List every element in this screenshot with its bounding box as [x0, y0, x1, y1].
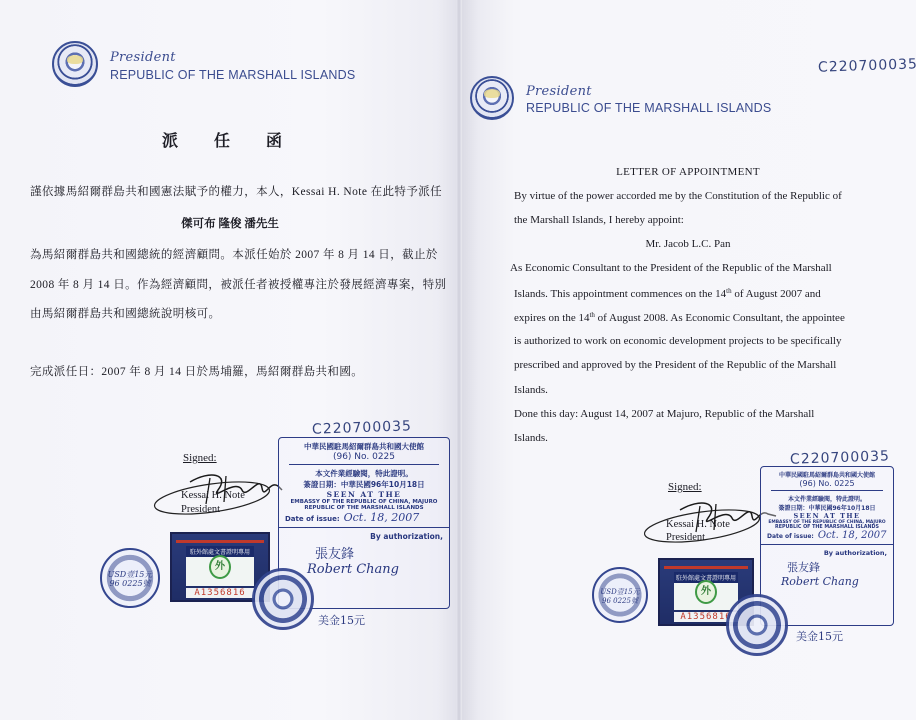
letterhead-left: President REPUBLIC OF THE MARSHALL ISLAN… [110, 50, 355, 82]
sticker-body: 駐外館處文書證明專用 外 [186, 546, 254, 586]
signatory-name-left: Kessai H. Note [181, 490, 245, 501]
fee-round-stamp-right: USD壹15元96 0225號 [592, 567, 648, 623]
english-body-6: Islands. [514, 384, 548, 396]
letterhead-right: President REPUBLIC OF THE MARSHALL ISLAN… [526, 84, 771, 115]
sticker-emblem-icon: 外 [209, 555, 231, 579]
chinese-letter-page [0, 0, 460, 720]
english-body-1: As Economic Consultant to the President … [510, 262, 832, 274]
english-intro-2: the Marshall Islands, I hereby appoint: [514, 214, 684, 226]
stamp-issue-zh-right: 簽證日期：中華民國96年10月18日 [761, 503, 893, 512]
letterhead-president: President [110, 50, 355, 65]
stamp-by-authorization-right: By authorization, [761, 549, 893, 557]
body-2-a: Islands. This appointment commences on t… [514, 288, 726, 300]
stamp-seen-at-right: SEEN AT THE [761, 512, 893, 520]
stamp-date-value: Oct. 18, 2007 [344, 511, 420, 524]
embassy-round-seal-right [726, 594, 788, 656]
fee-stamp-line1-right: USD壹15元 [600, 588, 639, 596]
stamp-issue-zh: 簽證日期：中華民國96年10月18日 [279, 479, 449, 490]
chinese-line-3: 2008 年 8 月 14 日。作為經濟顧問，被派任者被授權專注於發展經濟專案，… [30, 276, 446, 292]
english-intro-1: By virtue of the power accorded me by th… [514, 190, 842, 202]
stamp-signer-en: Robert Chang [279, 562, 449, 577]
body-3-b: of August 2008. As Economic Consultant, … [595, 312, 845, 324]
fee-note-left: 美金15元 [318, 612, 365, 628]
letterhead-republic: REPUBLIC OF THE MARSHALL ISLANDS [110, 68, 355, 82]
signatory-title-left: President [181, 504, 220, 515]
stamp-signer-zh: 張友鋒 [279, 543, 449, 562]
stamp-verified-zh-right: 本文件業經驗閱，特此證明。 [761, 494, 893, 503]
sticker-band-right [664, 566, 748, 569]
fee-round-stamp-left: USD壹15元96 0225號 [100, 548, 160, 608]
chinese-line-4: 由馬紹爾群島共和國總統說明核可。 [30, 305, 220, 321]
chinese-title: 派 任 函 [0, 128, 460, 151]
chinese-appointee: 傑可布 隆俊 潘先生 [0, 215, 460, 231]
english-body-3: expires on the 14th of August 2008. As E… [514, 311, 845, 324]
fee-note-right: 美金15元 [796, 628, 843, 644]
stamp-number: (96) No. 0225 [289, 452, 439, 465]
stamp-header-zh-right: 中華民國駐馬紹爾群島共和國大使館 [761, 470, 893, 479]
sticker-code: A1356816 [186, 588, 254, 598]
stamp-date: Date of issue:Oct. 18, 2007 [279, 511, 449, 528]
chinese-line-1: 謹依據馬紹爾群島共和國憲法賦予的權力，本人，Kessai H. Note 在此特… [30, 183, 442, 199]
english-title: LETTER OF APPOINTMENT [460, 166, 916, 178]
stamp-number-right: (96) No. 0225 [771, 479, 883, 491]
stamp-header-zh: 中華民國駐馬紹爾群島共和國大使館 [279, 441, 449, 452]
sticker-body-right: 駐外館處文書證明專用 外 [674, 572, 738, 610]
stamp-date-label-right: Date of issue: [767, 533, 814, 540]
stamp-date-label: Date of issue: [285, 515, 340, 523]
fee-stamp-line1: USD壹15元 [108, 570, 153, 579]
embassy-round-seal-left [252, 568, 314, 630]
book-gutter [456, 0, 462, 720]
fee-stamp-text-right: USD壹15元96 0225號 [594, 588, 646, 606]
chinese-line-2: 為馬紹爾群島共和國總統的經濟顧問。本派任始於 2007 年 8 月 14 日，截… [30, 246, 438, 262]
english-body-4: is authorized to work on economic develo… [514, 335, 841, 347]
letterhead-president-right: President [526, 84, 771, 99]
fee-stamp-text-left: USD壹15元96 0225號 [102, 570, 158, 588]
chinese-completion: 完成派任日：2007 年 8 月 14 日於馬埔羅，馬紹爾群島共和國。 [30, 363, 363, 379]
signatory-name-right: Kessai H. Note [666, 519, 730, 530]
serial-number-top-right: C220700035 [818, 56, 916, 75]
english-body-5: prescribed and approved by the President… [514, 359, 836, 371]
body-2-b: of August 2007 and [732, 288, 821, 300]
marshall-islands-seal-icon-right [470, 76, 514, 120]
body-3-a: expires on the 14 [514, 312, 589, 324]
english-done-2: Islands. [514, 432, 548, 444]
english-body-2: Islands. This appointment commences on t… [514, 287, 821, 300]
stamp-verified-zh: 本文件業經驗閱，特此證明。 [279, 468, 449, 479]
sticker-emblem-icon-right: 外 [695, 580, 717, 604]
fee-stamp-line2-right: 96 0225號 [602, 597, 638, 605]
stamp-date-value-right: Oct. 18, 2007 [818, 530, 887, 541]
stamp-signer-en-right: Robert Chang [761, 575, 893, 588]
stamp-date-right: Date of issue:Oct. 18, 2007 [761, 530, 893, 545]
fee-stamp-line2: 96 0225號 [109, 579, 150, 588]
sticker-band [176, 540, 264, 543]
english-appointee: Mr. Jacob L.C. Pan [460, 238, 916, 250]
stamp-seen-at: SEEN AT THE [279, 490, 449, 499]
english-done-1: Done this day: August 14, 2007 at Majuro… [514, 408, 814, 420]
embassy-verification-stamp-right: 中華民國駐馬紹爾群島共和國大使館 (96) No. 0225 本文件業經驗閱，特… [760, 466, 894, 626]
letterhead-republic-right: REPUBLIC OF THE MARSHALL ISLANDS [526, 101, 771, 115]
marshall-islands-seal-icon [52, 41, 98, 87]
stamp-by-authorization: By authorization, [279, 532, 449, 541]
signatory-title-right: President [666, 532, 705, 543]
stamp-signer-zh-right: 張友鋒 [761, 559, 893, 575]
